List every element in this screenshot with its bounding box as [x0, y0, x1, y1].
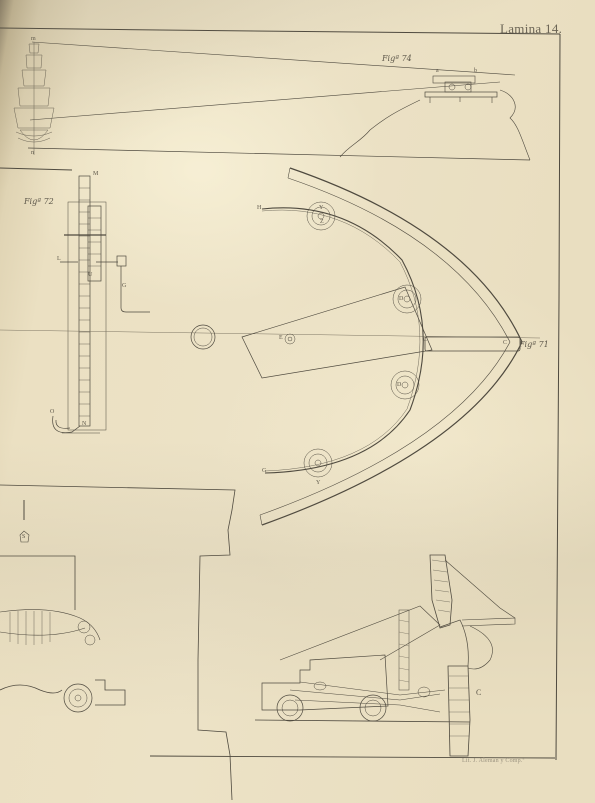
fig-74-drawing	[28, 42, 530, 160]
plate-border-top	[0, 28, 560, 34]
point-label: U	[88, 272, 92, 278]
point-label: Y	[319, 205, 323, 211]
plate-border-right	[556, 34, 560, 760]
ship-drawing	[14, 42, 54, 155]
figure-label-72: Figª 72	[24, 197, 54, 206]
point-label: n	[31, 150, 34, 156]
figure-label-74: Figª 74	[382, 54, 412, 63]
point-label: O	[50, 409, 54, 415]
point-label: m	[31, 36, 36, 42]
plate-title: Lamina 14.	[500, 21, 562, 37]
fig-73-drawing	[255, 555, 515, 756]
point-label: a	[436, 68, 439, 74]
point-label: H	[257, 205, 261, 211]
lithographer-imprint: Lit. J. Aleman y Comp.ª	[462, 758, 524, 764]
point-label: D	[397, 382, 401, 388]
point-label: S	[22, 534, 25, 540]
point-label: M	[93, 171, 98, 177]
point-label: N	[82, 421, 86, 427]
point-label: E	[279, 335, 283, 341]
bulwark-section	[0, 485, 235, 800]
figure-label-71: Figª 71	[519, 340, 549, 349]
point-label: Y	[316, 480, 320, 486]
point-label: G	[122, 283, 126, 289]
point-label: b	[474, 68, 477, 74]
point-label: C	[476, 688, 481, 697]
fig-72-drawing	[53, 176, 150, 433]
point-label: D	[399, 296, 403, 302]
point-label: G	[262, 468, 266, 474]
engraving-plate	[0, 0, 595, 803]
point-label: C	[503, 340, 507, 346]
point-label: C	[423, 337, 427, 343]
fig-71-drawing	[191, 168, 522, 525]
point-label: Z	[320, 219, 324, 225]
point-label: L	[57, 256, 61, 262]
